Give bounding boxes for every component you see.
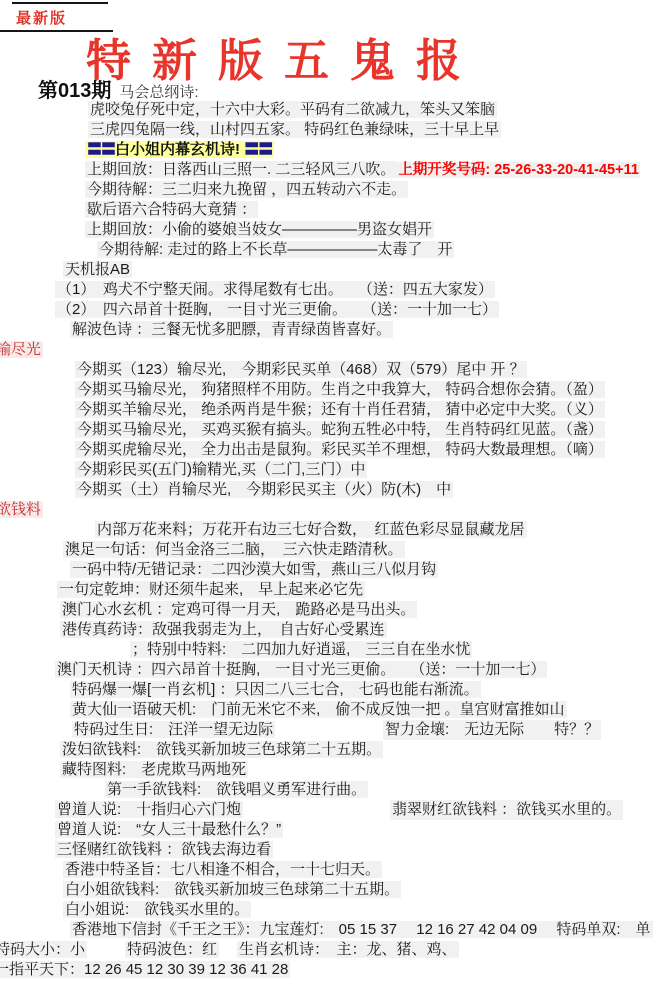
zengdao-line-2: 曾道人说: “女人三十最愁什么？” [0,820,670,840]
jiebose-line: 解波色诗 ：三餐无忧多肥膘，青青绿茵皆喜好。 [0,320,670,340]
shujin-line: 今期买（土）肖输尽光, 今期彩民买主（火）防(木) 中 [0,480,670,500]
xiehouyu-current: 今期待解: 走过的路上不长草——————太毒了 开 [0,240,670,260]
aomen-tianji-line: 澳门天机诗 ：四六昂首十挺胸, 一目寸光三更偷。 （送：一十加一七） [0,660,670,680]
geta-mark-left: 〓〓 [87,141,115,158]
gang-yaoshi-line: 港传真药诗：敌强我弱走为上， 自古好心受累连 [0,620,670,640]
shujin-line: 今期买马输尽光， 狗猪照样不用防。生肖之中我算大， 特码合想你会猜。（盈） [0,380,670,400]
tianji-heading: 天机报AB [0,260,670,280]
aozu-line: 澳足一句话：何当金洛三二脑， 三六快走踏清秋。 [0,540,670,560]
shujin-line: 今期彩民买(五门)输精光,买（二门,三门）中 [0,460,670,480]
shujin-line: 今期买（123）输尽光, 今期彩民买单（468）双（579）尾中 开 ？ [0,360,670,380]
diyishou-line: 第一手欲钱料: 欲钱唱义勇军进行曲。 [0,780,670,800]
yizhi-line: 一指平天下：12 26 45 12 30 39 12 36 41 28 [0,960,670,980]
geta-mark-right: 〓〓 [244,141,272,158]
recap-last-line: 上期回放：日落西山三照一. 二三轻风三八吹。上期开奖号码: 25-26-33-2… [0,160,670,180]
issue-row: 第013期马会总纲诗: [38,74,199,103]
bose-line: 特码大小：小特码波色：红生肖玄机诗： 主：龙、猪、鸡、 [0,940,670,960]
edition-badge: 最新版 [16,7,67,28]
shengxiao-note: 生肖玄机诗： 主：龙、猪、鸡、 [237,941,459,958]
huangdaxian-line: 黄大仙一语破天机: 门前无米它不来, 偷不成反蚀一把 。皇宫财富推如山 [0,700,670,720]
issue-number: 第013期 [38,80,111,102]
zhili-note: 智力金壤: 无边无际 特？？ [383,720,601,740]
xiehouyu-last: 上期回放：小偷的婆娘当妓女—————男盗女娼开 [0,220,670,240]
tebie-line: ；特别中特料: 二四加九好逍遥, 三三自在坐水忧 [0,640,670,660]
yiju-line: 一句定乾坤：财还须牛起来, 早上起来必它先 [0,580,670,600]
shujin-line: 今期买虎输尽光， 全力出击是鼠狗。彩民买羊不理想， 特码大数最理想。（嘀） [0,440,670,460]
xinfeng-line: 香港地下信封《千王之王》：九宝莲灯: 05 15 37 12 16 27 42 … [0,920,670,940]
section-label-yuqianliao: 欲钱料 [0,500,670,520]
feicui-note: 翡翠财红欲钱料 ：欲钱买水里的。 [390,800,623,820]
baoyibao-line: 特码爆一爆[一肖玄机] ：只因二八三七合, 七码也能右渐流。 [0,680,670,700]
wanhua-line: 内部万花来料；万花开右边三七好合数， 红蓝色彩尽显鼠藏龙居 [0,520,670,540]
shujin-line: 今期买羊输尽光， 绝杀两肖是牛猴；还有十肖任君猜， 猜中必定中大奖。（义） [0,400,670,420]
recap-current-line: 今期待解：三二归来九挽留 ，四五转动六不走。 [0,180,670,200]
aomen-xinshui-line: 澳门心水玄机 ：定鸡可得一月天, 跪路必是马出头。 [0,600,670,620]
shujin-line: 今期买马输尽光， 买鸡买猴有搞头。蛇狗五牲必中特， 生肖特码红见蓝。（盏） [0,420,670,440]
xiehouyu-heading: 歇后语六合特码大竟猜 ： [0,200,670,220]
last-draw-numbers: 上期开奖号码: 25-26-33-20-41-45+11 [397,162,640,178]
zengdao-line-1: 曾道人说: 十指归心六门炮翡翠财红欲钱料 ：欲钱买水里的。 [0,800,670,820]
banner-text: 白小姐内幕玄机诗! [115,141,240,158]
pofu-line: 泼妇欲钱料: 欲钱买新加坡三色球第二十五期。 [0,740,670,760]
intro-label: 马会总纲诗: [119,84,198,101]
lottery-tip-sheet: 最新版 特新版五鬼报 第013期马会总纲诗: 虎咬兔仔死中定，十六中大彩。平码有… [0,0,670,996]
banner-line: 〓〓白小姐内幕玄机诗! 〓〓 [0,140,670,160]
shengri-line: 特码过生日: 汪洋一望无边际智力金壤: 无边无际 特？？ [0,720,670,740]
masthead-rule-top [12,2,108,4]
general-poem-line-2: 三虎四兔隔一线，山村四五家。 特码红色兼绿味，三十早上早 [0,120,670,140]
sheet-body: 虎咬兔仔死中定，十六中大彩。平码有二欲减九，笨头又笨脑 三虎四兔隔一线，山村四五… [0,100,670,980]
yima-line: 一码中特/无错记录：二四沙漠大如雪，燕山三八似月钩 [0,560,670,580]
tianji-item-1: （1） 鸡犬不宁整天闹。求得尾数有七出。 （送：四五大家发） [0,280,670,300]
section-label-shujinguang: 输尽光 [0,340,670,360]
sanguai-line: 三怪赌红欲钱料 ：欲钱去海边看 [0,840,670,860]
general-poem-line-1: 虎咬兔仔死中定，十六中大彩。平码有二欲减九，笨头又笨脑 [0,100,670,120]
bose-value: 特码波色：红 [125,941,219,958]
shengzhi-line: 香港中特圣旨：七八相逢不相合，一十七归天。 [0,860,670,880]
baixiaojie-yuqian-line: 白小姐欲钱料: 欲钱买新加坡三色球第二十五期。 [0,880,670,900]
baixiaojie-shuo-line: 白小姐说: 欲钱买水里的。 [0,900,670,920]
cangte-line: 藏特图料: 老虎欺马两地死 [0,760,670,780]
tianji-item-2: （2） 四六昂首十挺胸, 一目寸光三更偷。 （送：一十加一七） [0,300,670,320]
